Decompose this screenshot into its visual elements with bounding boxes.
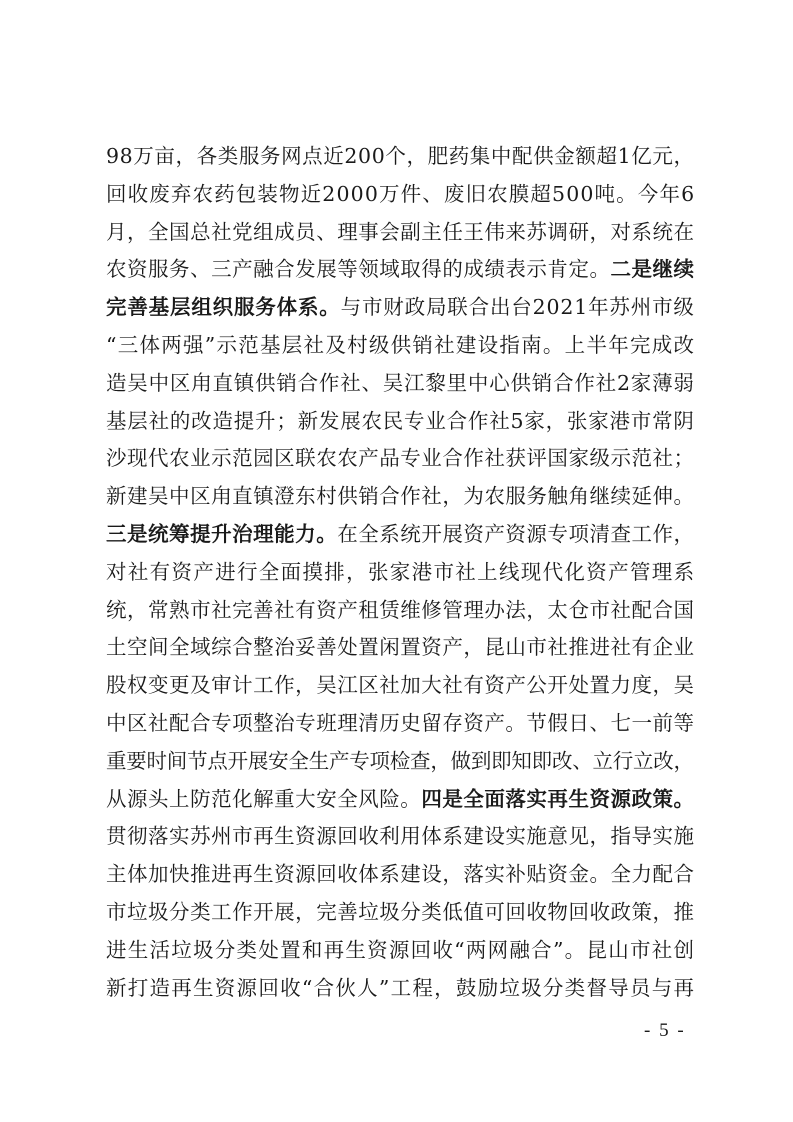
page-number: - 5 -: [644, 1020, 686, 1042]
body-text: 市垃圾分类工作开展，完善垃圾分类低值可回收物回收政策，推: [106, 900, 695, 924]
text-line: 股权变更及审计工作，吴江区社加大社有资产公开处置力度，吴: [106, 667, 694, 705]
body-text: 98万亩，各类服务网点近200个，肥药集中配供金额超1亿元，: [106, 144, 695, 168]
bold-heading-text: 二是继续: [610, 257, 694, 281]
text-line: 土空间全域综合整治妥善处置闲置资产，昆山市社推进社有企业: [106, 629, 694, 667]
text-line: 基层社的改造提升；新发展农民专业合作社5家，张家港市常阴: [106, 403, 694, 441]
bold-heading-text: 三是统筹提升治理能力。: [106, 522, 337, 546]
body-text: 基层社的改造提升；新发展农民专业合作社5家，张家港市常阴: [106, 409, 695, 433]
text-line: 从源头上防范化解重大安全风险。四是全面落实再生资源政策。: [106, 781, 694, 819]
body-text: 中区社配合专项整治专班理清历史留存资产。节假日、七一前等: [106, 711, 695, 735]
text-line: 沙现代农业示范园区联农农产品专业合作社获评国家级示范社；: [106, 440, 694, 478]
document-body: 98万亩，各类服务网点近200个，肥药集中配供金额超1亿元，回收废弃农药包装物近…: [106, 138, 694, 1007]
text-line: 完善基层组织服务体系。与市财政局联合出台2021年苏州市级: [106, 289, 694, 327]
body-text: 沙现代农业示范园区联农农产品专业合作社获评国家级示范社；: [106, 446, 695, 470]
body-text: “三体两强”示范基层社及村级供销社建设指南。上半年完成改: [106, 333, 695, 357]
text-line: 重要时间节点开展安全生产专项检查，做到即知即改、立行立改，: [106, 743, 694, 781]
body-text: 贯彻落实苏州市再生资源回收利用体系建设实施意见，指导实施: [106, 824, 695, 848]
body-text: 与市财政局联合出台2021年苏州市级: [341, 295, 695, 319]
body-text: 股权变更及审计工作，吴江区社加大社有资产公开处置力度，吴: [106, 673, 695, 697]
body-text: 新建吴中区甪直镇澄东村供销合作社，为农服务触角继续延伸。: [106, 484, 695, 508]
body-text: 对社有资产进行全面摸排，张家港市社上线现代化资产管理系: [106, 560, 695, 584]
body-text: 新打造再生资源回收“合伙人”工程，鼓励垃圾分类督导员与再: [106, 976, 695, 1000]
body-text: 农资服务、三产融合发展等领域取得的成绩表示肯定。: [106, 257, 610, 281]
text-line: 统，常熟市社完善社有资产租赁维修管理办法，太仓市社配合国: [106, 592, 694, 630]
body-text: 统，常熟市社完善社有资产租赁维修管理办法，太仓市社配合国: [106, 598, 695, 622]
text-line: 造吴中区甪直镇供销合作社、吴江黎里中心供销合作社2家薄弱: [106, 365, 694, 403]
text-line: 新打造再生资源回收“合伙人”工程，鼓励垃圾分类督导员与再: [106, 970, 694, 1008]
text-line: “三体两强”示范基层社及村级供销社建设指南。上半年完成改: [106, 327, 694, 365]
body-text: 进生活垃圾分类处置和再生资源回收“两网融合”。昆山市社创: [106, 938, 695, 962]
text-line: 对社有资产进行全面摸排，张家港市社上线现代化资产管理系: [106, 554, 694, 592]
body-text: 月，全国总社党组成员、理事会副主任王伟来苏调研，对系统在: [106, 220, 695, 244]
body-text: 在全系统开展资产资源专项清查工作，: [337, 522, 694, 546]
text-line: 月，全国总社党组成员、理事会副主任王伟来苏调研，对系统在: [106, 214, 694, 252]
body-text: 从源头上防范化解重大安全风险。: [106, 787, 421, 811]
text-line: 贯彻落实苏州市再生资源回收利用体系建设实施意见，指导实施: [106, 818, 694, 856]
text-line: 98万亩，各类服务网点近200个，肥药集中配供金额超1亿元，: [106, 138, 694, 176]
body-text: 重要时间节点开展安全生产专项检查，做到即知即改、立行立改，: [106, 749, 694, 773]
text-line: 进生活垃圾分类处置和再生资源回收“两网融合”。昆山市社创: [106, 932, 694, 970]
text-line: 新建吴中区甪直镇澄东村供销合作社，为农服务触角继续延伸。: [106, 478, 694, 516]
text-line: 中区社配合专项整治专班理清历史留存资产。节假日、七一前等: [106, 705, 694, 743]
text-line: 回收废弃农药包装物近2000万件、废旧农膜超500吨。今年6: [106, 176, 694, 214]
body-text: 回收废弃农药包装物近2000万件、废旧农膜超500吨。今年6: [106, 182, 695, 206]
bold-heading-text: 四是全面落实再生资源政策。: [421, 787, 694, 811]
bold-heading-text: 完善基层组织服务体系。: [106, 295, 341, 319]
body-text: 造吴中区甪直镇供销合作社、吴江黎里中心供销合作社2家薄弱: [106, 371, 695, 395]
text-line: 主体加快推进再生资源回收体系建设，落实补贴资金。全力配合: [106, 856, 694, 894]
body-text: 土空间全域综合整治妥善处置闲置资产，昆山市社推进社有企业: [106, 635, 695, 659]
text-line: 农资服务、三产融合发展等领域取得的成绩表示肯定。二是继续: [106, 251, 694, 289]
text-line: 三是统筹提升治理能力。在全系统开展资产资源专项清查工作，: [106, 516, 694, 554]
body-text: 主体加快推进再生资源回收体系建设，落实补贴资金。全力配合: [106, 862, 695, 886]
text-line: 市垃圾分类工作开展，完善垃圾分类低值可回收物回收政策，推: [106, 894, 694, 932]
